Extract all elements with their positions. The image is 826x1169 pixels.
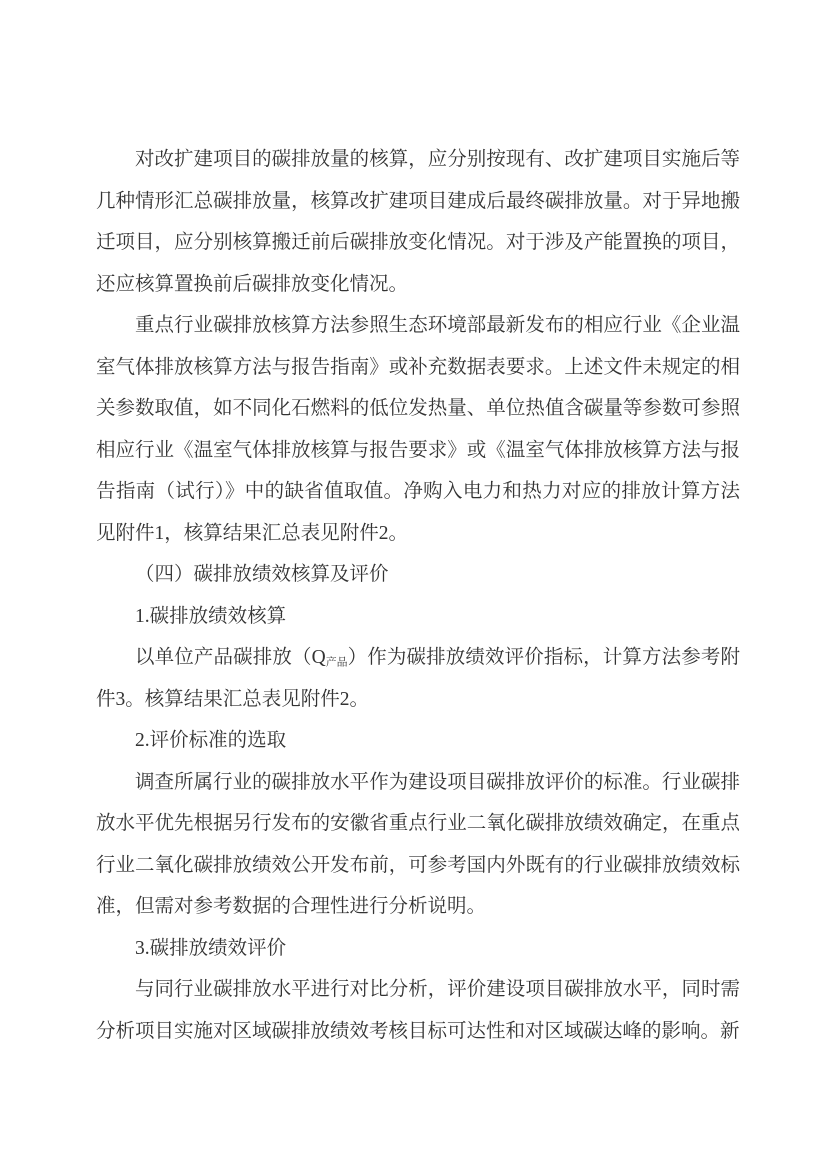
subsection-heading-3-performance-evaluation: 3.碳排放绩效评价: [96, 928, 740, 970]
body-paragraph-unit-product-emission: 以单位产品碳排放（Q产品）作为碳排放绩效评价指标，计算方法参考附件3。核算结果汇…: [96, 637, 740, 720]
subsection-heading-2-standard-selection: 2.评价标准的选取: [96, 720, 740, 762]
body-paragraph-evaluation-standard: 调查所属行业的碳排放水平作为建设项目碳排放评价的标准。行业碳排放水平优先根据另行…: [96, 762, 740, 928]
subscript-q-product: 产品: [326, 657, 348, 669]
document-page: 对改扩建项目的碳排放量的核算，应分别按现有、改扩建项目实施后等几种情形汇总碳排放…: [0, 0, 826, 1169]
body-paragraph-comparison-analysis: 与同行业碳排放水平进行对比分析，评价建设项目碳排放水平，同时需分析项目实施对区域…: [96, 969, 740, 1052]
document-text-block: 对改扩建项目的碳排放量的核算，应分别按现有、改扩建项目实施后等几种情形汇总碳排放…: [96, 139, 740, 1052]
section-heading-4-performance-accounting: （四）碳排放绩效核算及评价: [96, 554, 740, 596]
body-paragraph-accounting-methods: 重点行业碳排放核算方法参照生态环境部最新发布的相应行业《企业温室气体排放核算方法…: [96, 305, 740, 554]
body-paragraph-expansion-projects: 对改扩建项目的碳排放量的核算，应分别按现有、改扩建项目实施后等几种情形汇总碳排放…: [96, 139, 740, 305]
paragraph-text-before-subscript: 以单位产品碳排放（Q: [135, 647, 326, 668]
subsection-heading-1-performance-accounting: 1.碳排放绩效核算: [96, 596, 740, 638]
